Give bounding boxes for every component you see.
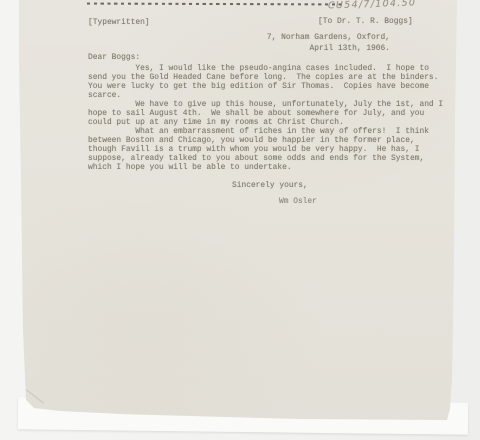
signature: Wm Osler (279, 197, 317, 206)
recipient-label: [To Dr. T. R. Boggs] (318, 17, 413, 26)
address-line: 7, Norham Gardens, Oxford, (267, 33, 390, 44)
corner-crease (26, 389, 44, 403)
address-block: 7, Norham Gardens, Oxford, April 13th, 1… (267, 33, 390, 54)
archival-reference-annotation: CU54/7/104.50 (328, 0, 417, 12)
letter-body: Yes, I would like the pseudo-angina case… (88, 64, 443, 172)
letter-page: CU54/7/104.50 [Typewritten] [To Dr. T. R… (0, 0, 480, 440)
perforation-dash-line (87, 3, 345, 6)
closing-line: Sincerely yours, (232, 181, 308, 190)
date-line: April 13th, 1906. (267, 44, 390, 55)
typewritten-label: [Typewritten] (88, 18, 150, 27)
salutation: Dear Boggs: (88, 53, 140, 62)
scan-background: CU54/7/104.50 [Typewritten] [To Dr. T. R… (0, 0, 480, 440)
